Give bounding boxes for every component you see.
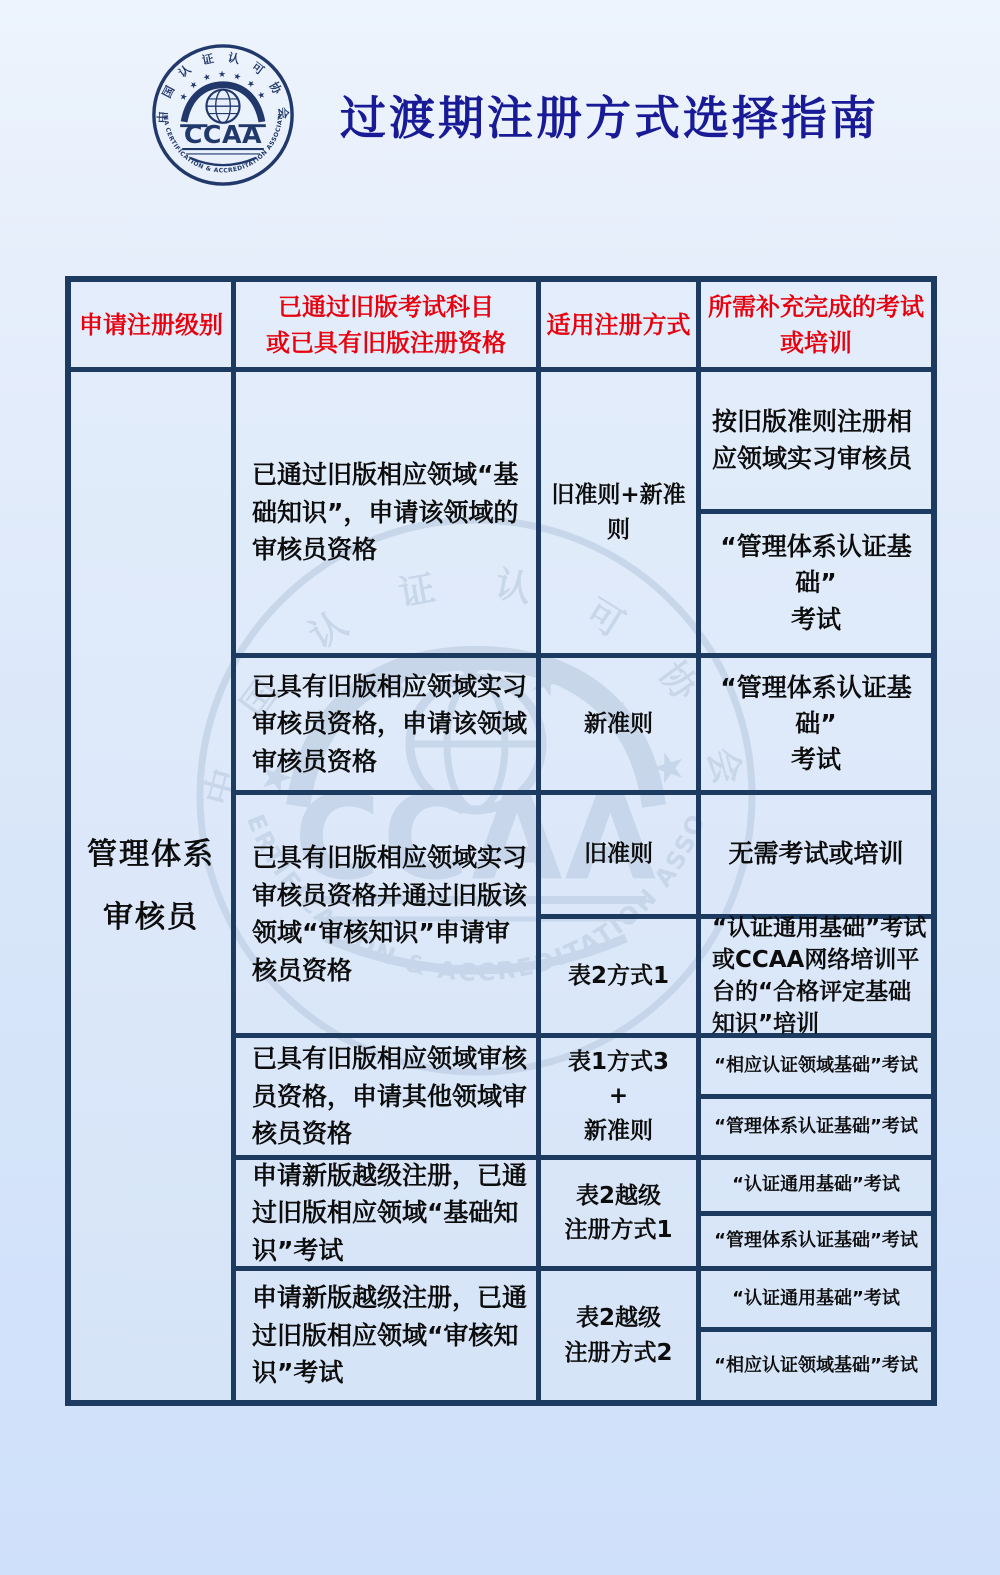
- qualification-cell-4: 已具有旧版相应领域审核员资格，申请其他领域审核员资格: [236, 1038, 541, 1160]
- method-cell-1: 旧准则+新准则: [541, 372, 701, 658]
- registration-guide-table: 中 国 认 证 认 可 协 会 ★ ★ ★ ★ ★ ★ ★ CCAA CHINA…: [65, 276, 937, 1406]
- qualification-cell-6: 申请新版越级注册，已通过旧版相应领域“审核知识”考试: [236, 1271, 541, 1400]
- page: 中 国 认 证 认 可 协 会 ★ ★ ★ ★ ★ ★ ★ CCAA •: [0, 0, 1000, 1575]
- method-cell-6: 表2越级 注册方式2: [541, 1271, 701, 1400]
- method-cell-5: 表2越级 注册方式1: [541, 1160, 701, 1271]
- col-header-passed-old-exams: 已通过旧版考试科目 或已具有旧版注册资格: [236, 282, 541, 372]
- method-cell-4: 表1方式3 + 新准则: [541, 1038, 701, 1160]
- requirement-cell-1b: “管理体系认证基础” 考试: [701, 514, 931, 658]
- requirement-cell-3a: 无需考试或培训: [701, 795, 931, 919]
- method-cell-2: 新准则: [541, 658, 701, 795]
- requirement-cell-2: “管理体系认证基础” 考试: [701, 658, 931, 795]
- requirement-cell-4b: “管理体系认证基础”考试: [701, 1099, 931, 1160]
- col-header-required-exams: 所需补充完成的考试 或培训: [701, 282, 931, 372]
- page-title: 过渡期注册方式选择指南: [340, 82, 879, 148]
- requirement-cell-6b: “相应认证领域基础”考试: [701, 1332, 931, 1400]
- table-grid: 申请注册级别 已通过旧版考试科目 或已具有旧版注册资格 适用注册方式 所需补充完…: [71, 282, 931, 1400]
- requirement-cell-1a: 按旧版准则注册相应领域实习审核员: [701, 372, 931, 514]
- requirement-cell-5a: “认证通用基础”考试: [701, 1160, 931, 1216]
- method-cell-3b: 表2方式1: [541, 919, 701, 1038]
- qualification-cell-5: 申请新版越级注册，已通过旧版相应领域“基础知识”考试: [236, 1160, 541, 1271]
- masthead: 中 国 认 证 认 可 协 会 ★ ★ ★ ★ ★ ★ ★ CCAA •: [150, 42, 879, 188]
- level-cell: 管理体系 审核员: [71, 372, 236, 1400]
- requirement-cell-4a: “相应认证领域基础”考试: [701, 1038, 931, 1099]
- logo-acronym: CCAA: [184, 120, 262, 149]
- qualification-cell-3: 已具有旧版相应领域实习审核员资格并通过旧版该领域“审核知识”申请审核员资格: [236, 795, 541, 1038]
- requirement-cell-3b: “认证通用基础”考试或CCAA网络培训平台的“合格评定基础知识”培训: [701, 919, 931, 1038]
- ccaa-logo-icon: 中 国 认 证 认 可 协 会 ★ ★ ★ ★ ★ ★ ★ CCAA •: [150, 42, 296, 188]
- method-cell-3a: 旧准则: [541, 795, 701, 919]
- col-header-applicable-method: 适用注册方式: [541, 282, 701, 372]
- qualification-cell-1: 已通过旧版相应领域“基础知识”，申请该领域的审核员资格: [236, 372, 541, 658]
- requirement-cell-6a: “认证通用基础”考试: [701, 1271, 931, 1332]
- qualification-cell-2: 已具有旧版相应领域实习审核员资格，申请该领域审核员资格: [236, 658, 541, 795]
- col-header-level: 申请注册级别: [71, 282, 236, 372]
- requirement-cell-5b: “管理体系认证基础”考试: [701, 1216, 931, 1271]
